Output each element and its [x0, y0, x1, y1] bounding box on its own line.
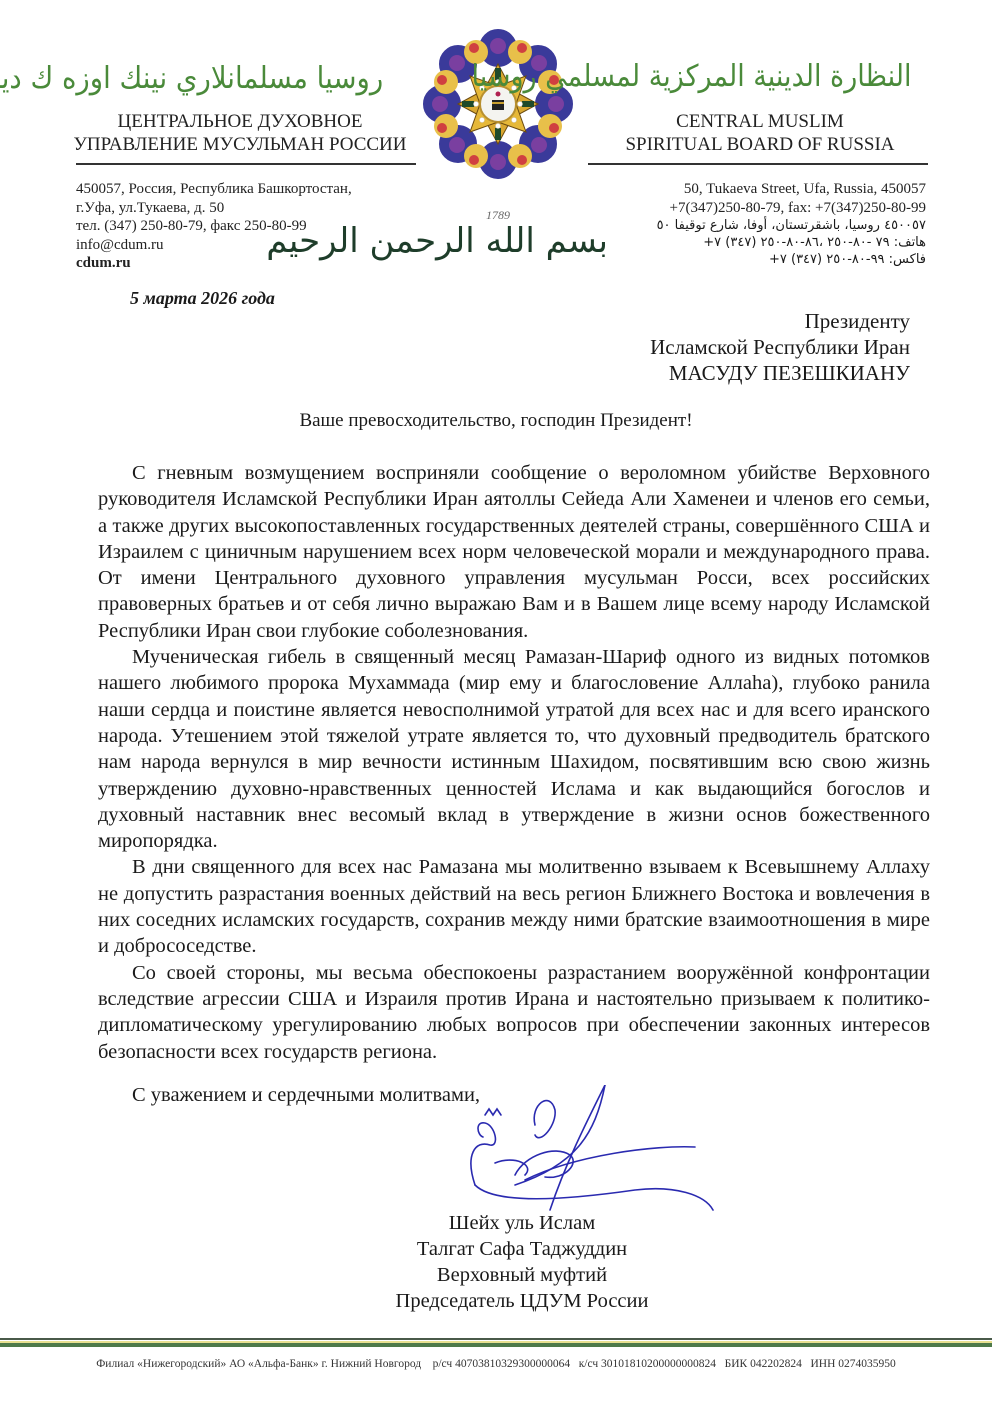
- fax-line-arabic: فاكس: ٩٩-٨٠-٢٥٠ (٣٤٧) ٧+: [600, 251, 926, 268]
- header-divider-right: [588, 163, 928, 165]
- body-paragraph: С гневным возмущением восприняли сообщен…: [98, 460, 930, 644]
- body-paragraph: Со своей стороны, мы весьма обеспокоены …: [98, 960, 930, 1065]
- org-title-russian: ЦЕНТРАЛЬНОЕ ДУХОВНОЕ УПРАВЛЕНИЕ МУСУЛЬМА…: [60, 110, 420, 156]
- signer-honorific: Шейх уль Ислам: [0, 1210, 992, 1236]
- footer-stripe-dark: [0, 1338, 992, 1340]
- emblem: [418, 24, 578, 210]
- phone-line-arabic: هاتف: ٧٩ -٨٠-٢٥٠ ،٨٦-٨٠-٢٥٠ (٣٤٧) ٧+: [600, 234, 926, 251]
- org-title-english: CENTRAL MUSLIM SPIRITUAL BOARD OF RUSSIA: [580, 110, 940, 156]
- bank-details: Филиал «Нижегородский» АО «Альфа-Банк» г…: [0, 1358, 992, 1370]
- signer-role: Председатель ЦДУМ России: [0, 1288, 992, 1314]
- closing-phrase: С уважением и сердечными молитвами,: [132, 1084, 480, 1107]
- letter-date: 5 марта 2026 года: [130, 288, 275, 309]
- recipient-title: Президенту: [650, 308, 910, 334]
- address-line: 450057, Россия, Республика Башкортостан,: [76, 180, 416, 199]
- arabic-calligraphy-left: روسيا مسلمانلاري نينك اوزه ك ديني نظارتي: [89, 64, 383, 94]
- org-title-english-line2: SPIRITUAL BOARD OF RUSSIA: [580, 133, 940, 156]
- footer-stripe-green: [0, 1343, 992, 1347]
- emblem-rosette-icon: [418, 24, 578, 184]
- recipient-country: Исламской Республики Иран: [650, 334, 910, 360]
- signer-block: Шейх уль Ислам Талгат Сафа Таджуддин Вер…: [0, 1210, 992, 1314]
- arabic-calligraphy-right: النظارة الدينية المركزية لمسلمي روسيا: [615, 62, 912, 92]
- signer-name: Талгат Сафа Таджуддин: [0, 1236, 992, 1262]
- phone-line: +7(347)250-80-79, fax: +7(347)250-80-99: [560, 199, 926, 218]
- org-title-english-line1: CENTRAL MUSLIM: [580, 110, 940, 133]
- basmala-calligraphy: بسم الله الرحمن الرحيم: [388, 224, 608, 258]
- address-line: г.Уфа, ул.Тукаева, д. 50: [76, 199, 416, 218]
- org-title-russian-line1: ЦЕНТРАЛЬНОЕ ДУХОВНОЕ: [60, 110, 420, 133]
- address-line-arabic: ٤٥٠٠٥٧ روسيا، باشقرتستان، أوفا، شارع توق…: [600, 217, 926, 234]
- body-paragraph: Мученическая гибель в священный месяц Ра…: [98, 644, 930, 854]
- recipient-block: Президенту Исламской Республики Иран МАС…: [650, 308, 910, 386]
- salutation: Ваше превосходительство, господин Презид…: [0, 410, 992, 432]
- handwritten-signature-icon: [455, 1085, 725, 1215]
- address-block-english: 50, Tukaeva Street, Ufa, Russia, 450057 …: [560, 180, 926, 217]
- signer-position: Верховный муфтий: [0, 1262, 992, 1288]
- body-paragraph: В дни священного для всех нас Рамазана м…: [98, 854, 930, 959]
- letter-body: С гневным возмущением восприняли сообщен…: [98, 460, 930, 1065]
- address-block-arabic: ٤٥٠٠٥٧ روسيا، باشقرتستان، أوفا، شارع توق…: [600, 217, 926, 268]
- org-title-russian-line2: УПРАВЛЕНИЕ МУСУЛЬМАН РОССИИ: [60, 133, 420, 156]
- header-divider-left: [76, 163, 416, 165]
- address-line: 50, Tukaeva Street, Ufa, Russia, 450057: [560, 180, 926, 199]
- recipient-name: МАСУДУ ПЕЗЕШКИАНУ: [650, 360, 910, 386]
